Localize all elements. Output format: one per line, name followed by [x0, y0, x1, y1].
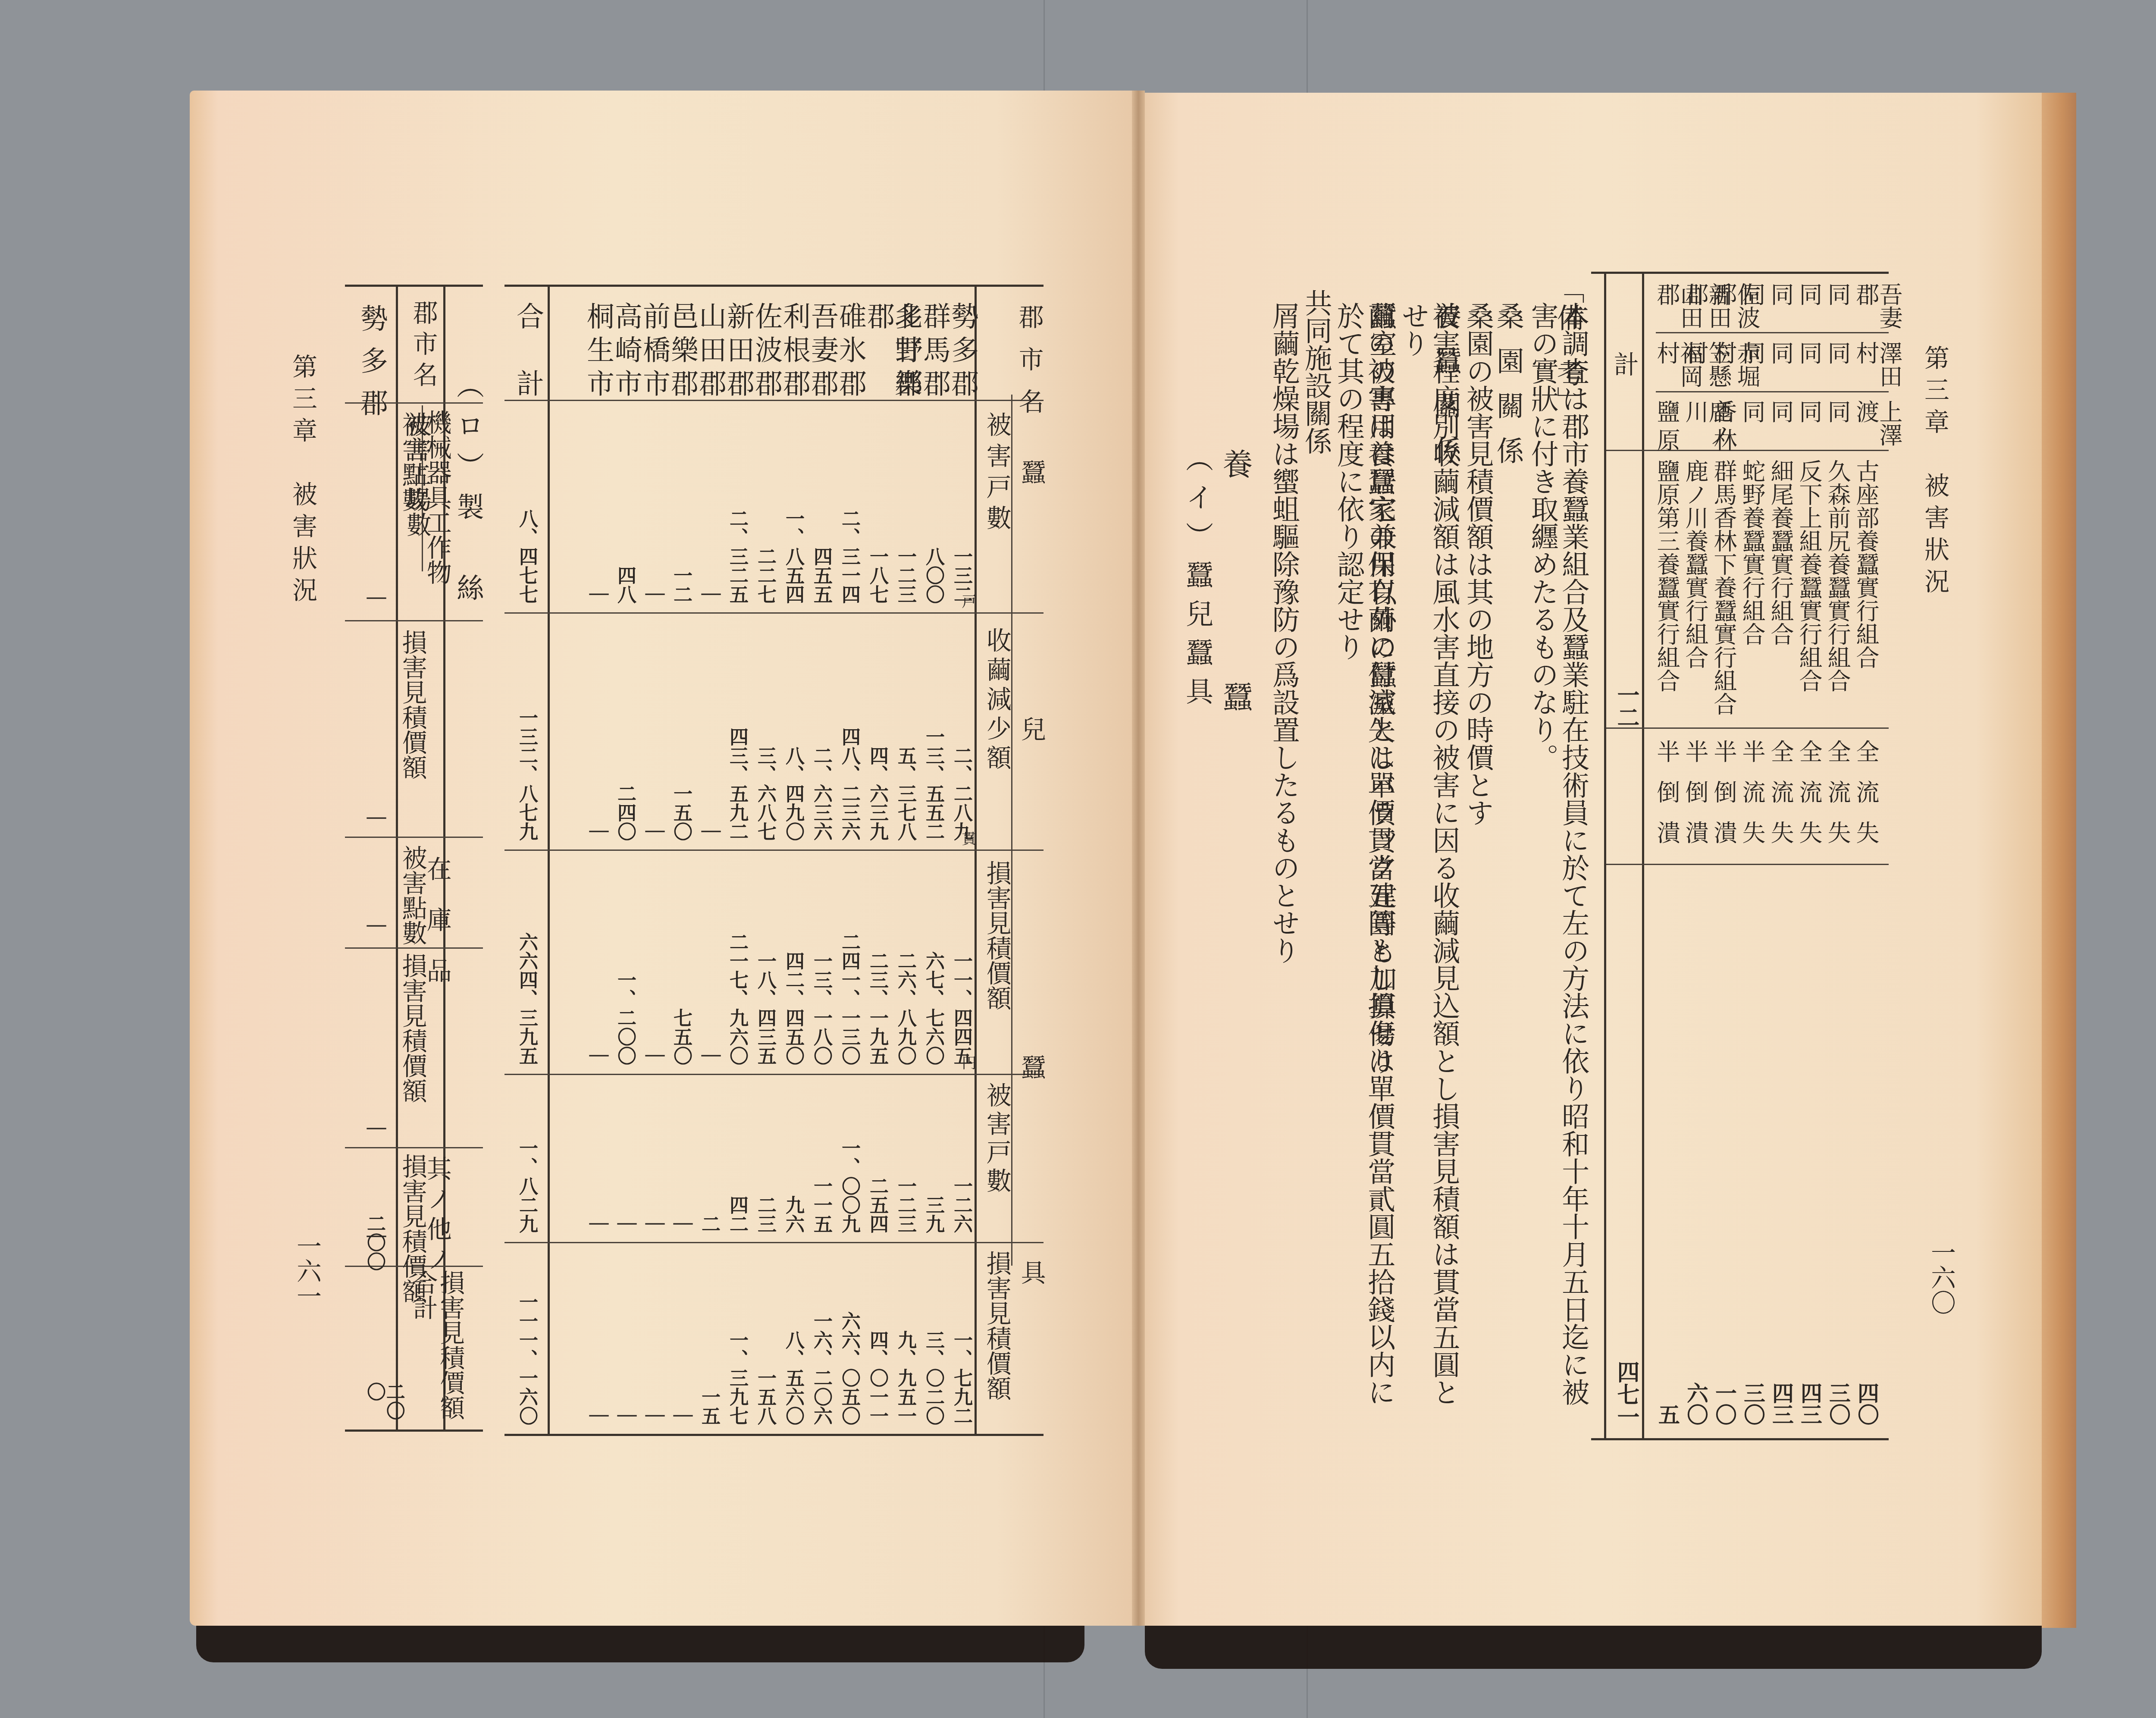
cell-silkworm-households: 一八七: [867, 400, 887, 604]
cell-equipment-households: 九六: [783, 1074, 802, 1233]
cell-silkworm-households: 一二三: [895, 400, 915, 604]
header-district: 郡市名: [410, 300, 437, 393]
district-name: 利根郡: [780, 302, 808, 397]
district-name: 山田郡: [696, 302, 724, 397]
table-rule: [345, 837, 483, 838]
amount-cell: 六〇: [1685, 878, 1707, 1425]
cell-silkworm-households: ｜: [587, 400, 606, 604]
cell-cocoon-decrease: 四、六三九: [867, 612, 887, 841]
location-cell: 福岡村: [1655, 341, 1702, 393]
location-cell: 同: [1797, 400, 1821, 451]
book-gutter: [1132, 91, 1145, 1626]
cell-silkworm-value: 一三、一八〇: [811, 850, 830, 1065]
cell-silkworm-value: 六七、七六〇: [923, 850, 943, 1065]
association-name: 久森前尻養蠶實行組合: [1826, 459, 1849, 692]
header-equipment-households: 被害戸數: [983, 1082, 1010, 1196]
damage-level: 全流失: [1854, 740, 1877, 861]
header-cocoon-decrease: 收繭減少額: [983, 627, 1010, 774]
cell-equipment-households: ｜: [615, 1074, 634, 1233]
cell-silkworm-value: 二四一、一三〇: [839, 850, 859, 1065]
header-equipment-value: 損害見積價額: [983, 1251, 1010, 1401]
cell-silkworm-households: 一、八五四: [783, 400, 802, 604]
cell-silkworm-value: 四二、四五〇: [783, 850, 802, 1065]
notes-line: 被害程度別收繭減額は風水害直接の被害に因る收繭減見込額とし損害見積額は貫當五圓と…: [1397, 302, 1459, 1423]
cell-equipment-value: 九、九五一: [895, 1242, 915, 1425]
cell-equipment-value: 六六、〇五〇: [839, 1242, 859, 1425]
cell-equipment-households: 二五四: [867, 1074, 887, 1233]
damage-level: 全流失: [1769, 740, 1792, 861]
table-rule: [345, 1147, 483, 1148]
running-head-left: 第三章 被害狀況: [285, 354, 321, 609]
location-cell: 同: [1826, 341, 1849, 393]
header-machinery-points: 被害點數: [399, 412, 426, 512]
amount-cell: 三〇: [1827, 878, 1849, 1425]
cell-factories-damaged: ｜: [364, 589, 384, 608]
location-cell: 吾妻郡: [1854, 282, 1901, 334]
notes-line: 桑園の被害見積價額は其の地方の時價とす: [1462, 302, 1493, 826]
header-group-silkworm: 蠶 兒: [1018, 459, 1045, 845]
cell-cocoon-decrease: ｜: [587, 612, 606, 841]
page-number-left: 一六一: [289, 1233, 325, 1308]
cell-equipment-households: 一、八二九: [517, 1074, 536, 1233]
cell-equipment-households: ｜: [643, 1074, 662, 1233]
cell-silkworm-households: 八、四七七: [517, 400, 536, 604]
location-cell: 鹿ノ川: [1683, 400, 1730, 451]
location-cell: 鹽原: [1655, 400, 1678, 451]
header-silkworm-households: 被害戸數: [983, 412, 1010, 536]
cell-other-value: 二〇〇: [364, 1214, 384, 1271]
cell-equipment-value: ｜: [587, 1242, 606, 1425]
district-name: 碓氷郡: [837, 302, 864, 397]
notes-line: 繭の被害は養蠶家の保有繭に付滅失は單價貫當五圓とし損傷は單價貫當貳圓五拾錢以内に…: [1332, 302, 1394, 1423]
cell-equipment-households: 二三: [755, 1074, 774, 1233]
damage-level: 全流失: [1797, 740, 1821, 861]
notes-block: 「備 考」 本調査は郡市養蠶業組合及蠶業駐在技術員に於て左の方法に依り昭和十年十…: [1276, 276, 1578, 1440]
cell-equipment-households: 一一五: [811, 1074, 830, 1233]
cell-silkworm-value: 二一七、九六〇: [727, 850, 746, 1065]
amount-cell: 四三: [1799, 878, 1821, 1425]
cell-total-value: 二〇〇: [364, 1382, 403, 1430]
unit-yen: 円: [957, 1055, 978, 1070]
association-name: 鹽原第三養蠶實行組合: [1655, 459, 1678, 692]
cell-silkworm-value: ｜: [587, 850, 606, 1065]
cell-silkworm-value: ｜: [699, 850, 718, 1065]
cell-stock-points: ｜: [364, 1119, 384, 1138]
header-stock-value: 損害見積價額: [399, 953, 426, 1103]
cell-cocoon-decrease: ｜: [699, 612, 718, 841]
location-cell: 同: [1769, 400, 1792, 451]
cell-cocoon-decrease: 二、二八九: [951, 612, 971, 841]
total-amount: 四七一: [1615, 1361, 1638, 1428]
cell-equipment-value: 八、五六〇: [783, 1242, 802, 1425]
cell-silkworm-value: 七五〇: [671, 850, 690, 1065]
damage-level: 半倒潰: [1683, 740, 1707, 861]
cell-cocoon-decrease: 五、三七八: [895, 612, 915, 841]
cell-equipment-value: 三、〇二〇: [923, 1242, 943, 1425]
cell-equipment-value: 一六、二〇六: [811, 1242, 830, 1425]
header-stock-points: 被害點數: [399, 845, 426, 945]
association-name: 蛇野養蠶實行組合: [1740, 459, 1764, 646]
amount-cell: 三〇: [1742, 878, 1764, 1425]
cell-silkworm-households: ｜: [699, 400, 718, 604]
table-rule: [345, 947, 483, 949]
cell-cocoon-decrease: ｜: [643, 612, 662, 841]
cell-machinery-points: ｜: [364, 809, 384, 828]
cell-cocoon-decrease: 二、六三六: [811, 612, 830, 841]
table-rule: [1604, 274, 1606, 1438]
location-cell: 同: [1740, 400, 1764, 451]
damage-level: 半倒潰: [1712, 740, 1735, 861]
table-rule: [345, 620, 483, 621]
association-name: 古座部養蠶實行組合: [1854, 459, 1877, 669]
cell-equipment-households: 四二: [727, 1074, 746, 1233]
location-cell: 同: [1826, 400, 1849, 451]
amount-cell: 四〇: [1856, 878, 1878, 1425]
cell-silkworm-value: 一、二〇〇: [615, 850, 634, 1065]
location-cell: 山田郡: [1655, 282, 1702, 334]
location-cell: 同: [1769, 282, 1792, 334]
cell-equipment-households: 一、〇〇九: [839, 1074, 859, 1233]
cell-equipment-households: 一二三: [895, 1074, 915, 1233]
header-total-value: 損害見積價額合計: [410, 1270, 464, 1430]
damage-level: 半倒潰: [1655, 740, 1678, 861]
cell-silkworm-value: ｜: [643, 850, 662, 1065]
notes-line: 屑繭乾燥場は蠁蛆驅除豫防の爲設置したるものとせり: [1268, 302, 1299, 964]
unit-households: 戸: [957, 594, 978, 608]
cell-cocoon-decrease: 一三二、八七九: [517, 612, 536, 841]
cell-equipment-value: 一一一、一六〇: [517, 1242, 536, 1425]
cell-cocoon-decrease: 一三、五五二: [923, 612, 943, 841]
district-name: 佐波郡: [752, 302, 780, 397]
cell-silkworm-value: 一一、四四五: [951, 850, 971, 1065]
cell-equipment-households: ｜: [671, 1074, 690, 1233]
page-edge-stack: [2042, 93, 2076, 1628]
running-head-right: 第三章 被害狀況: [1917, 345, 1953, 600]
cell-equipment-value: ｜: [615, 1242, 634, 1425]
district-name: 群馬郡: [921, 302, 948, 397]
location-cell: 澤田村: [1854, 341, 1901, 393]
total-row-label: 合 計: [514, 302, 542, 397]
cell-cocoon-decrease: 八、四九〇: [783, 612, 802, 841]
cell-equipment-households: 一二六: [951, 1074, 971, 1233]
cell-equipment-value: 一、三九七: [727, 1242, 746, 1425]
cell-equipment-value: 一、七九二: [951, 1242, 971, 1425]
amount-cell: 四三: [1771, 878, 1792, 1425]
cell-equipment-value: 一五八: [755, 1242, 774, 1425]
location-cell: 同: [1826, 282, 1849, 334]
cell-cocoon-decrease: 四八、二三六: [839, 612, 859, 841]
total-label: 計: [1611, 351, 1638, 376]
cooperative-damage-table: 吾妻郡澤田村上澤渡古座部養蠶實行組合全流失四〇同同同久森前尻養蠶實行組合全流失三…: [1591, 272, 1889, 1440]
district-name: 北甘樂郡: [865, 302, 920, 397]
cell-equipment-value: ｜: [671, 1242, 690, 1425]
cell-equipment-households: ｜: [587, 1074, 606, 1233]
notes-heading-mulberry: 桑園關係: [1492, 302, 1523, 481]
notes-intro: 本調査は郡市養蠶業組合及蠶業駐在技術員に於て左の方法に依り昭和十年十月五日迄に被…: [1526, 302, 1588, 1423]
header-stock-group: 在庫品: [423, 856, 451, 1009]
silk-reeling-table: 郡市名 被害工場數 機械器具工作物 被害點數 損害見積價額 在庫品 被害點數 損…: [345, 285, 483, 1432]
district-name: 高崎市: [612, 302, 640, 397]
district-name: 前橋市: [640, 302, 668, 397]
location-cell: 同: [1797, 341, 1821, 393]
cell-cocoon-decrease: 四三、五九二: [727, 612, 746, 841]
association-name: 細尾養蠶實行組合: [1769, 459, 1792, 646]
cell-silkworm-households: 一二: [671, 400, 690, 604]
section-heading-sericulture: 養 蠶: [1214, 448, 1257, 798]
district-name: 吾妻郡: [808, 302, 836, 397]
cell-silkworm-households: 二、三二五: [727, 400, 746, 604]
cell-silkworm-households: 四五五: [811, 400, 830, 604]
header-machinery-value: 損害見積價額: [399, 630, 426, 780]
table-rule: [548, 287, 550, 1434]
header-silkworm-value: 損害見積價額: [983, 860, 1010, 1010]
header-other-group: 其ノ他ノ: [423, 1156, 451, 1276]
total-count: 一二: [1615, 683, 1638, 728]
cell-machinery-value: ｜: [364, 916, 384, 935]
cell-silkworm-households: 一三二: [951, 400, 971, 604]
location-cell: 上澤渡: [1854, 400, 1901, 451]
damage-level: 半流失: [1740, 740, 1764, 861]
cell-silkworm-households: ｜: [643, 400, 662, 604]
cell-equipment-value: 一五: [699, 1242, 718, 1425]
district-name: 新田郡: [724, 302, 752, 397]
association-name: 反下上組養蠶實行組合: [1797, 459, 1821, 692]
notes-heading-facilities: 共同施設關係: [1300, 289, 1331, 455]
cell-equipment-value: ｜: [643, 1242, 662, 1425]
cell-silkworm-value: 二三、一九五: [867, 850, 887, 1065]
amount-cell: 一〇: [1714, 878, 1736, 1425]
header-district: 郡市名: [1015, 304, 1043, 431]
subsection-heading-silkworm-equipment: （イ）蠶兒蠶具: [1177, 444, 1217, 716]
cell-equipment-value: 四、〇一一: [867, 1242, 887, 1425]
location-cell: 同: [1797, 282, 1821, 334]
cell-cocoon-decrease: 一五〇: [671, 612, 690, 841]
table-rule: [1642, 274, 1644, 1438]
cell-equipment-households: 三九: [923, 1074, 943, 1233]
cell-cocoon-decrease: 二四〇: [615, 612, 634, 841]
unit-kan: 貫: [957, 831, 978, 846]
table-rule: [975, 287, 977, 1434]
cell-cocoon-decrease: 三、六八七: [755, 612, 774, 841]
damage-level: 全流失: [1826, 740, 1849, 861]
district-name: 邑樂郡: [668, 302, 696, 397]
cell-equipment-households: 二: [699, 1074, 718, 1233]
amount-cell: 五: [1657, 878, 1679, 1425]
row-district: 勢多郡: [358, 304, 385, 431]
cell-silkworm-value: 二六、八九〇: [895, 850, 915, 1065]
header-machinery-group: 機械器具工作物: [423, 410, 451, 585]
cell-silkworm-value: 六六四、三九五: [517, 850, 536, 1065]
cell-silkworm-value: 一八、四三五: [755, 850, 774, 1065]
cell-silkworm-households: 四八: [615, 400, 634, 604]
association-name: 群馬香林下養蠶實行組合: [1712, 459, 1735, 715]
cell-silkworm-households: 八〇〇: [923, 400, 943, 604]
book-shadow: [1145, 1621, 2042, 1669]
page-number-right: 一六〇: [1923, 1240, 1959, 1315]
location-cell: 同: [1769, 341, 1792, 393]
silkworm-damage-table: 郡市名 蠶 兒 被害戸數 收繭減少額 損害見積價額 蠶 具 被害戸數 損害見積價…: [505, 285, 1044, 1436]
cell-silkworm-households: 二、三一四: [839, 400, 859, 604]
district-name: 桐生市: [584, 302, 612, 397]
table-rule: [1606, 864, 1889, 865]
header-group-equipment: 蠶 具: [1018, 1054, 1045, 1362]
table-rule: [1606, 727, 1889, 729]
cell-silkworm-households: 二二七: [755, 400, 774, 604]
association-name: 鹿ノ川養蠶實行組合: [1683, 459, 1707, 669]
district-name: 勢多郡: [949, 302, 976, 397]
